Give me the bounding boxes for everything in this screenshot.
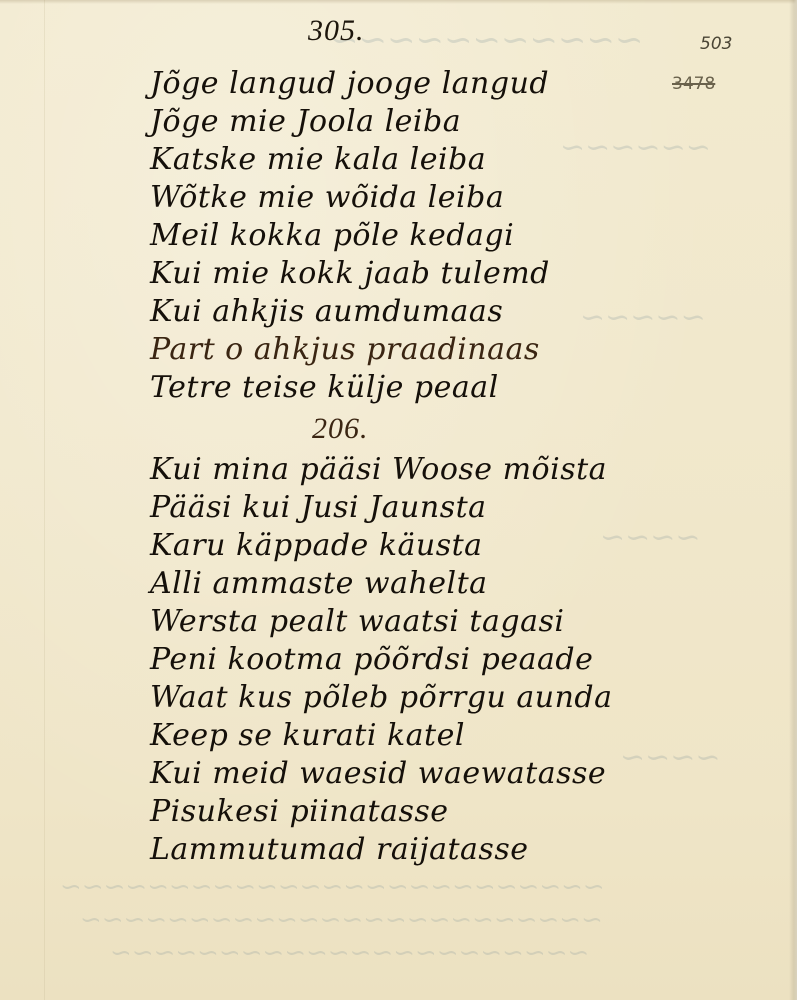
verse-line: Meil kokka põle kedagi: [150, 218, 514, 253]
archive-number: 503: [700, 34, 732, 54]
verse-line: Wõtke mie wõida leiba: [150, 180, 504, 215]
paper-edge-right: [789, 0, 797, 1000]
bleed-through-text: ~~~~: [600, 520, 701, 555]
verse-line: Lammutumad raijatasse: [150, 832, 528, 867]
verse-line: Part o ahkjus praadinaas: [150, 332, 540, 367]
verse-line: Kui mie kokk jaab tulemd: [150, 256, 550, 291]
bleed-through-text: ~~~~~~~~~~~~~~~~~~~~~~~~~: [60, 872, 605, 902]
paper-edge-top: [0, 0, 797, 4]
verse-line: Jõge langud jooge langud: [150, 66, 549, 101]
bleed-through-text: ~~~~: [620, 740, 721, 775]
bleed-through-text: ~~~~~~~~~~~: [330, 20, 643, 60]
bleed-through-text: ~~~~~~~~~~~~~~~~~~~~~~~~: [80, 905, 603, 935]
song-number: 305.: [308, 14, 365, 48]
verse-line: Keep se kurati katel: [150, 718, 465, 753]
archive-number-struck: 3478: [672, 74, 715, 94]
bleed-through-text: ~~~~~~: [560, 130, 711, 165]
verse-line: Kui meid waesid waewatasse: [150, 756, 606, 791]
paper-fold-line: [44, 0, 45, 1000]
verse-line: Waat kus põleb põrrgu aunda: [150, 680, 613, 715]
verse-line: Alli ammaste wahelta: [150, 566, 488, 601]
song-number: 206.: [312, 412, 369, 446]
verse-line: Peni kootma põõrdsi peaade: [150, 642, 593, 677]
bleed-through-text: ~~~~~~~~~~~~~~~~~~~~~~: [110, 938, 589, 968]
verse-line: Pääsi kui Jusi Jaunsta: [150, 490, 487, 525]
verse-line: Kui ahkjis aumdumaas: [150, 294, 503, 329]
verse-line: Wersta pealt waatsi tagasi: [150, 604, 564, 639]
verse-line: Jõge mie Joola leiba: [150, 104, 461, 139]
verse-line: Karu käppade käusta: [150, 528, 483, 563]
manuscript-page: ~~~~~~~~~~~ ~~~~~~ ~~~~~ ~~~~ ~~~~ ~~~~~…: [0, 0, 797, 1000]
verse-line: Pisukesi piinatasse: [150, 794, 449, 829]
bleed-through-text: ~~~~~: [580, 300, 706, 335]
verse-line: Tetre teise külje peaal: [150, 370, 499, 405]
verse-line: Kui mina pääsi Woose mõista: [150, 452, 607, 487]
verse-line: Katske mie kala leiba: [150, 142, 486, 177]
